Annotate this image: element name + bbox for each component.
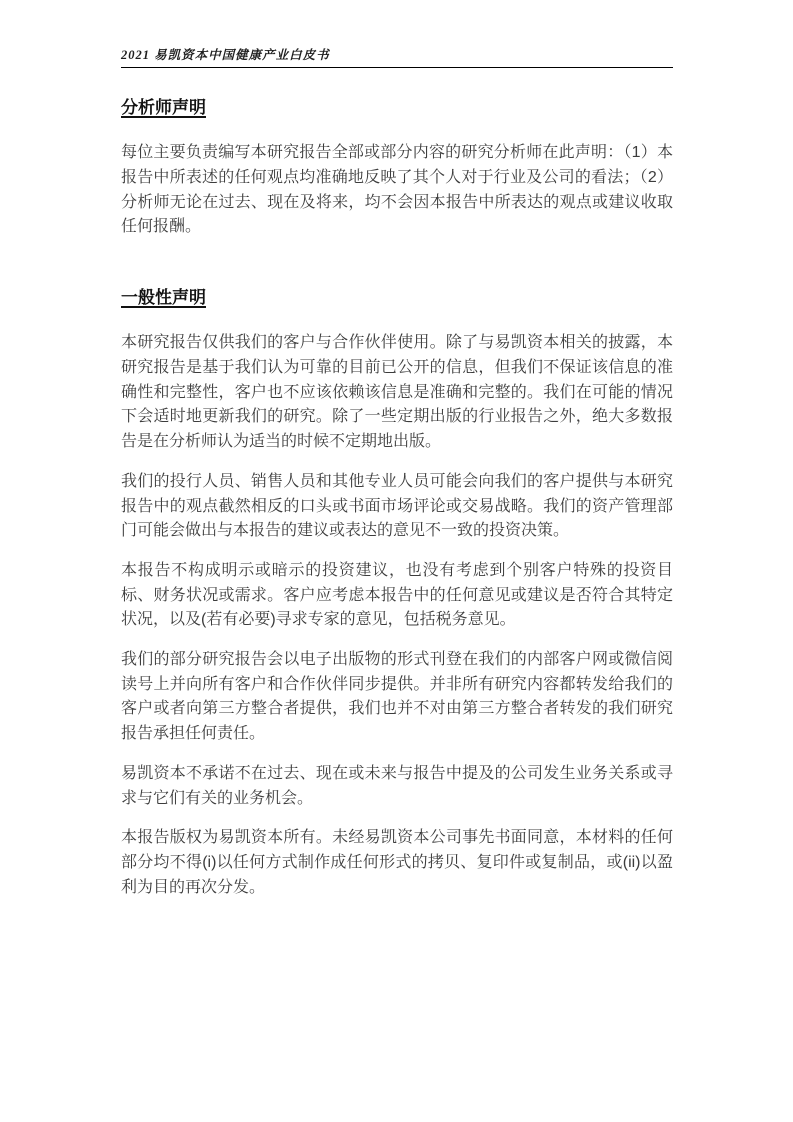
document-page: 2021 易凯资本中国健康产业白皮书 分析师声明 每位主要负责编写本研究报告全部…	[0, 0, 793, 1122]
general-statement-heading: 一般性声明	[121, 287, 673, 308]
section-analyst-statement: 分析师声明 每位主要负责编写本研究报告全部或部分内容的研究分析师在此声明：（1）…	[121, 97, 673, 240]
paragraph: 我们的部分研究报告会以电子出版物的形式刊登在我们的内部客户网或微信阅读号上并向所…	[121, 648, 673, 747]
analyst-statement-heading: 分析师声明	[121, 97, 673, 118]
document-body: 分析师声明 每位主要负责编写本研究报告全部或部分内容的研究分析师在此声明：（1）…	[121, 97, 673, 900]
page-header: 2021 易凯资本中国健康产业白皮书	[121, 48, 673, 68]
paragraph: 本报告不构成明示或暗示的投资建议，也没有考虑到个别客户特殊的投资目标、财务状况或…	[121, 559, 673, 633]
paragraph: 本报告版权为易凯资本所有。未经易凯资本公司事先书面同意，本材料的任何部分均不得(…	[121, 826, 673, 900]
header-divider	[121, 67, 673, 68]
paragraph: 每位主要负责编写本研究报告全部或部分内容的研究分析师在此声明：（1）本报告中所表…	[121, 141, 673, 240]
section-general-statement: 一般性声明 本研究报告仅供我们的客户与合作伙伴使用。除了与易凯资本相关的披露，本…	[121, 287, 673, 900]
report-title: 2021 易凯资本中国健康产业白皮书	[121, 48, 673, 63]
paragraph: 我们的投行人员、销售人员和其他专业人员可能会向我们的客户提供与本研究报告中的观点…	[121, 470, 673, 544]
paragraph: 易凯资本不承诺不在过去、现在或未来与报告中提及的公司发生业务关系或寻求与它们有关…	[121, 762, 673, 811]
paragraph: 本研究报告仅供我们的客户与合作伙伴使用。除了与易凯资本相关的披露，本研究报告是基…	[121, 331, 673, 455]
